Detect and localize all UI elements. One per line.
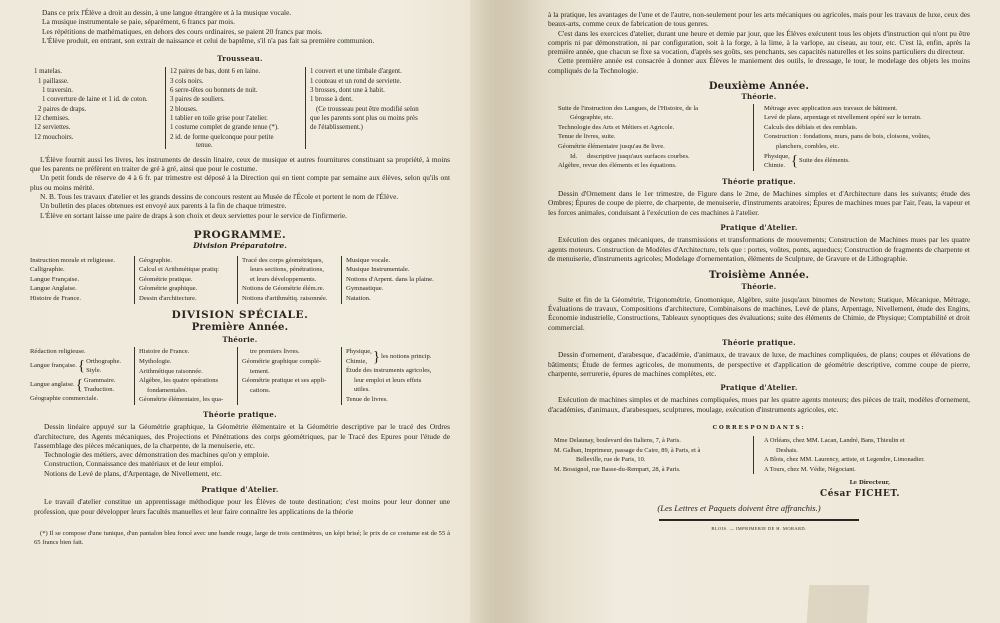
year1-col-4: Physique,Chimie, } les notions princip. …: [341, 347, 449, 405]
subject: cations.: [242, 386, 337, 396]
prep-col-4: Musique vocale. Musique Instrumentale. N…: [341, 256, 449, 304]
theorie-pratique-title: Théorie pratique.: [30, 410, 450, 419]
trousseau-item: 3 cols noirs.: [170, 77, 301, 86]
trousseau-item: 3 paires de souliers.: [170, 95, 301, 104]
subject: utiles.: [346, 385, 445, 395]
postal-note: (Les Lettres et Paquets doivent être aff…: [548, 504, 970, 513]
trousseau-item: 12 paires de bas, dont 6 en laine.: [170, 67, 301, 76]
sub-subject: Style.: [86, 366, 121, 375]
divider-rule: [659, 519, 859, 521]
subject: Construction : fondations, murs, pans de…: [764, 132, 959, 142]
subject: Musique vocale.: [346, 256, 445, 266]
subject: Métrage avec application aux travaux de …: [764, 104, 959, 114]
trousseau-col-3: 1 couvert et une timbale d'argent. 1 cou…: [305, 67, 445, 148]
correspondant: A Orléans, chez MM. Lacan, Landré, Bans,…: [764, 436, 961, 445]
pratique-atelier-title: Pratique d'Atelier.: [548, 223, 970, 232]
premiere-annee-title: Première Année.: [30, 323, 450, 332]
subject: Géométrie pratique et ses appli-: [242, 376, 337, 386]
subject: Notions d'Arpent. dans la plaine.: [346, 275, 445, 285]
trousseau-note: que les parents sont plus ou moins près: [310, 114, 441, 123]
subject: Instruction morale et religieuse.: [30, 256, 130, 266]
prep-col-1: Instruction morale et religieuse. Callig…: [30, 256, 134, 304]
subject: Géométrie graphique.: [139, 284, 233, 294]
trousseau-note: de l'établissement.): [310, 123, 441, 132]
correspondant: Mme Delaunay, boulevard des Italiens, 7,…: [554, 436, 749, 445]
subject-note: Suite des éléments.: [799, 156, 850, 166]
subject: Natation.: [346, 294, 445, 304]
trousseau-note: (Ce trousseau peut être modifié selon: [310, 105, 441, 114]
trousseau-item: tenue.: [170, 142, 301, 149]
prep-col-3: Tracé des corps géométriques, leurs sect…: [237, 256, 341, 304]
paragraph: Exécution de machines simples et de mach…: [548, 395, 970, 414]
subject: Géographie, etc.: [558, 113, 749, 123]
subject: Gymnastique.: [346, 284, 445, 294]
trousseau-title: Trousseau.: [30, 54, 450, 63]
brace-icon: {: [76, 377, 83, 393]
year1-col-2: Histoire de France. Mythologie. Arithmét…: [134, 347, 237, 405]
rule-paragraph: L'Élève en sortant laisse une paire de d…: [30, 211, 450, 220]
theorie-pratique-title: Théorie pratique.: [548, 177, 970, 186]
sub-subject: Orthographe.: [86, 357, 121, 366]
subject: Chimie.: [764, 161, 790, 170]
left-page: Dans ce prix l'Élève a droit au dessin, …: [30, 8, 450, 547]
paragraph: Dessin linéaire appuyé sur la Géométrie …: [34, 422, 450, 450]
paragraph: Dessin d'Ornement dans le 1er trimestre,…: [548, 189, 970, 217]
subject: Mythologie.: [139, 357, 233, 367]
sciences-group: Physique,Chimie. { Suite des éléments.: [764, 152, 959, 171]
trousseau-item: 1 brosse à dent.: [310, 95, 441, 104]
subject: Physique,: [346, 347, 372, 356]
correspondant: M. Bossignol, rue Basse-du-Rempart, 28, …: [554, 465, 749, 474]
subject: Notions d'arithmétiq. raisonnée.: [242, 294, 337, 304]
trousseau-item: 6 serre-têtes ou bonnets de nuit.: [170, 86, 301, 95]
subject: Géographie commerciale.: [30, 394, 130, 404]
correspondants-provinces: A Orléans, chez MM. Lacan, Landré, Bans,…: [753, 436, 965, 474]
intro-line: L'Élève produit, en entrant, son extrait…: [42, 36, 450, 45]
subject: tre premiers livres.: [242, 347, 337, 357]
paragraph: Dessin d'ornement, d'arabesque, d'académ…: [548, 350, 970, 378]
year1-col-1: Rédaction religieuse. Langue française. …: [30, 347, 134, 405]
intro-line: Les répétitions de mathématiques, en deh…: [42, 27, 450, 36]
rule-paragraph: Un bulletin des places obtenues est envo…: [30, 201, 450, 210]
year2-subjects: Suite de l'instruction des Langues, de l…: [548, 104, 970, 171]
trousseau-col-2: 12 paires de bas, dont 6 en laine. 3 col…: [165, 67, 305, 148]
rule-paragraph: L'Élève fournit aussi les livres, les in…: [30, 155, 450, 174]
prep-subjects: Instruction morale et religieuse. Callig…: [30, 256, 450, 304]
tape-mark: [807, 585, 870, 623]
subject: Levé de plans, arpentage et nivellement …: [764, 113, 959, 123]
english-group: Langue anglaise. { Grammaire.Traduction.: [30, 376, 130, 395]
right-page: à la pratique, les avantages de l'une et…: [548, 10, 970, 533]
trousseau-item: 2 id. de forme quelconque pour petite: [170, 133, 301, 142]
subject: Calcul et Arithmétique pratiq:: [139, 265, 233, 275]
theorie-pratique-title: Théorie pratique.: [548, 338, 970, 347]
pratique-atelier-title: Pratique d'Atelier.: [548, 383, 970, 392]
trousseau-item: 1 tablier en toile grise pour l'atelier.: [170, 114, 301, 123]
subject: Tenue de livres.: [346, 395, 445, 405]
subject: planchers, combles, etc.: [764, 142, 959, 152]
subject: Langue française.: [30, 361, 77, 371]
paragraph: Exécution des organes mécaniques, de tra…: [548, 235, 970, 263]
document-sheet: Dans ce prix l'Élève a droit au dessin, …: [0, 0, 1000, 623]
trousseau-item: 12 serviettes.: [34, 123, 161, 132]
subject: Langue Française.: [30, 275, 130, 285]
brace-icon: {: [78, 358, 85, 374]
subject: Histoire de France.: [139, 347, 233, 357]
subject: Géométrie graphique complé-: [242, 357, 337, 367]
year1-subjects: Rédaction religieuse. Langue française. …: [30, 347, 450, 405]
subject: Musique Instrumentale.: [346, 265, 445, 275]
paragraph: Technologie des métiers, avec démonstrat…: [34, 450, 450, 459]
subject: leur emploi et leurs effets: [346, 376, 445, 386]
rule-paragraph: N. B. Tous les travaux d'atelier et les …: [30, 192, 450, 201]
trousseau-item: 1 couteau et un rond de serviette.: [310, 77, 441, 86]
year1-col-3: tre premiers livres. Géométrie graphique…: [237, 347, 341, 405]
brace-icon: }: [373, 349, 380, 365]
paragraph: Le travail d'atelier constitue un appren…: [30, 497, 450, 516]
subject: et leurs développements.: [242, 275, 337, 285]
signature-name: César FICHET.: [548, 490, 970, 499]
division-preparatoire-title: Division Préparatoire.: [30, 241, 450, 250]
french-group: Langue française. { Orthographe.Style.: [30, 357, 130, 376]
theorie-title: Théorie.: [548, 282, 970, 291]
subject: Technologie des Arts et Métiers et Agric…: [558, 123, 749, 133]
sciences-group: Physique,Chimie, } les notions princip.: [346, 347, 445, 366]
correspondant: A Tours, chez M. Védie, Négociant.: [764, 465, 961, 474]
paragraph: Cette première année est consacrée à don…: [548, 56, 970, 75]
sub-subject: Traduction.: [84, 385, 116, 394]
subject: Géométrie pratique.: [139, 275, 233, 285]
subject: Histoire de France.: [30, 294, 130, 304]
subject: Suite de l'instruction des Langues, de l…: [558, 104, 749, 114]
subject: leurs sections, pénétrations,: [242, 265, 337, 275]
subject: Algèbre, les quatre opérations: [139, 376, 233, 386]
theorie-title: Théorie.: [548, 92, 970, 101]
signature-label: Le Directeur,: [548, 479, 970, 488]
subject: Id. descriptive jusqu'aux surfaces courb…: [558, 152, 749, 162]
subject: Notions de Géométrie élém.re.: [242, 284, 337, 294]
trousseau-list: 1 matelas. 1 paillasse. 1 traversin. 1 c…: [30, 67, 450, 148]
subject: Algèbre, revue des éléments et les équat…: [558, 161, 749, 171]
intro-line: Dans ce prix l'Élève a droit au dessin, …: [42, 8, 450, 17]
paragraph: Notions de Levé de plans, d'Arpentage, d…: [34, 469, 450, 478]
rules-block: L'Élève fournit aussi les livres, les in…: [30, 155, 450, 220]
paragraph: Construction, Connaissance des matériaux…: [34, 459, 450, 468]
subject: Chimie,: [346, 357, 372, 366]
trousseau-item: 12 chemises.: [34, 114, 161, 123]
theorie-title: Théorie.: [30, 335, 450, 344]
trousseau-item: 1 couverture de laine et 1 id. de coton.: [34, 95, 161, 104]
subject: Arithmétique raisonnée.: [139, 367, 233, 377]
subject: Calculs des déblais et des remblais.: [764, 123, 959, 133]
paragraph: C'est dans les exercices d'atelier, dura…: [548, 29, 970, 57]
trousseau-item: 3 brosses, dont une à habit.: [310, 86, 441, 95]
subject: Langue anglaise.: [30, 380, 75, 390]
correspondant: A Blois, chez MM. Laurency, artiste, et …: [764, 455, 961, 464]
correspondant: Belleville, rue de Paris, 10.: [554, 455, 749, 464]
trousseau-item: 1 couvert et une timbale d'argent.: [310, 67, 441, 76]
subject-note: les notions princip.: [381, 352, 431, 362]
subject: Tenue de livres, suite.: [558, 132, 749, 142]
theorie-pratique-block: Dessin linéaire appuyé sur la Géométrie …: [30, 422, 450, 478]
subject: Géographie.: [139, 256, 233, 266]
rule-paragraph: Un petit fonds de réserve de 4 à 6 fr. p…: [30, 173, 450, 192]
subject: Langue Anglaise.: [30, 284, 130, 294]
correspondant: Deshais.: [764, 446, 961, 455]
trousseau-item: 1 matelas.: [34, 67, 161, 76]
troisieme-annee-title: Troisième Année.: [548, 271, 970, 280]
paragraph: Suite et fin de la Géométrie, Trigonomét…: [548, 295, 970, 332]
page-fold: [470, 0, 528, 623]
footnote: (*) Il se compose d'une tunique, d'un pa…: [30, 530, 450, 547]
sub-subject: Grammaire.: [84, 376, 116, 385]
deuxieme-annee-title: Deuxième Année.: [548, 82, 970, 91]
subject: Physique,: [764, 152, 790, 161]
trousseau-item: 1 paillasse.: [34, 77, 161, 86]
programme-title: PROGRAMME.: [30, 231, 450, 240]
division-speciale-title: DIVISION SPÉCIALE.: [30, 311, 450, 320]
subject: Calligraphie.: [30, 265, 130, 275]
paragraph: à la pratique, les avantages de l'une et…: [548, 10, 970, 29]
pratique-atelier-title: Pratique d'Atelier.: [30, 485, 450, 494]
trousseau-item: 2 blouses.: [170, 105, 301, 114]
trousseau-item: 1 costume complet de grande tenue (*).: [170, 123, 301, 132]
correspondants-list: Mme Delaunay, boulevard des Italiens, 7,…: [548, 436, 970, 474]
subject: Rédaction religieuse.: [30, 347, 130, 357]
year2-col-2: Métrage avec application aux travaux de …: [753, 104, 963, 171]
trousseau-col-1: 1 matelas. 1 paillasse. 1 traversin. 1 c…: [30, 67, 165, 148]
subject: tement.: [242, 367, 337, 377]
subject: fondamentales.: [139, 386, 233, 396]
correspondant: M. Galban, Imprimeur, passage du Caire, …: [554, 446, 749, 455]
trousseau-item: 12 mouchoirs.: [34, 133, 161, 142]
trousseau-item: 2 paires de draps.: [34, 105, 161, 114]
printer-imprint: BLOIS. — IMPRIMERIE DE H. MORARD.: [548, 524, 970, 533]
correspondants-paris: Mme Delaunay, boulevard des Italiens, 7,…: [548, 436, 753, 474]
subject: Tracé des corps géométriques,: [242, 256, 337, 266]
year2-col-1: Suite de l'instruction des Langues, de l…: [548, 104, 753, 171]
subject: Étude des instruments agricoles,: [346, 366, 445, 376]
prep-col-2: Géographie. Calcul et Arithmétique prati…: [134, 256, 237, 304]
intro-line: La musique instrumentale se paie, séparé…: [42, 17, 450, 26]
subject: Dessin d'architecture.: [139, 294, 233, 304]
brace-icon: {: [791, 153, 798, 169]
subject: Géométrie élémentaire, les qua-: [139, 395, 233, 405]
subject: Géométrie élémentaire jusqu'au 8e livre.: [558, 142, 749, 152]
trousseau-item: 1 traversin.: [34, 86, 161, 95]
correspondants-title: CORRESPONDANTS:: [548, 424, 970, 433]
